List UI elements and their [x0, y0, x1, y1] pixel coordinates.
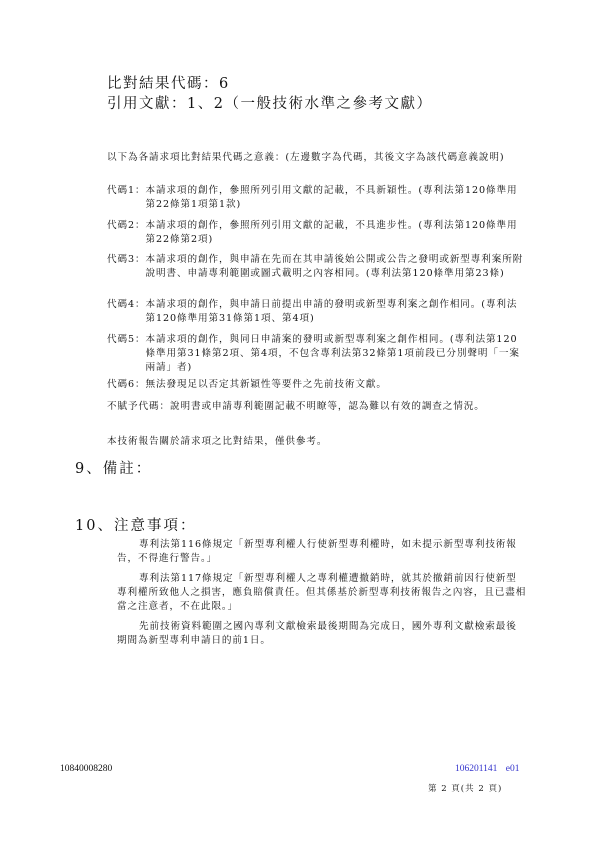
note-article-116: 專利法第116條規定「新型專利權人行使新型專利權時，如未提示新型專利技術報告，不…: [117, 538, 527, 566]
code-row-2: 代碼2： 本請求項的創作，參照所列引用文獻的記載，不具進步性。(專利法第120條…: [107, 219, 527, 247]
code-description: 本請求項的創作，參照所列引用文獻的記載，不具新穎性。(專利法第120條準用第22…: [146, 184, 528, 212]
code-label: 代碼6：: [107, 378, 146, 392]
note-article-117: 專利法第117條規定「新型專利權人之專利權遭撤銷時，就其於撤銷前因行使新型專利權…: [117, 572, 527, 614]
code-row-1: 代碼1： 本請求項的創作，參照所列引用文獻的記載，不具新穎性。(專利法第120條…: [107, 184, 527, 212]
version-code: e01: [506, 764, 520, 774]
code-row-5: 代碼5： 本請求項的創作，與同日申請案的發明或新型專利案之創作相同。(專利法第1…: [107, 333, 527, 375]
code-row-4: 代碼4： 本請求項的創作，與申請日前提出申請的發明或新型專利案之創作相同。(專利…: [107, 298, 527, 326]
code-label: 不賦予代碼：: [107, 400, 170, 414]
section-9-heading: 9、備註：: [75, 457, 152, 478]
code-description: 本請求項的創作，參照所列引用文獻的記載，不具進步性。(專利法第120條準用第22…: [146, 219, 528, 247]
note-search-period: 先前技術資料範圍之國內專利文獻檢索最後期間為完成日，國外專利文獻檢索最後期間為新…: [117, 620, 527, 648]
application-reference: 106201141 e01: [455, 764, 520, 774]
document-number: 10840008280: [60, 764, 112, 774]
application-number: 106201141: [455, 764, 497, 774]
code-description: 本請求項的創作，與申請在先而在其申請後始公開或公告之發明或新型專利案所附說明書、…: [146, 253, 528, 281]
code-row-3: 代碼3： 本請求項的創作，與申請在先而在其申請後始公開或公告之發明或新型專利案所…: [107, 253, 527, 281]
code-description: 本請求項的創作，與同日申請案的發明或新型專利案之創作相同。(專利法第120條準用…: [146, 333, 528, 375]
code-description: 本請求項的創作，與申請日前提出申請的發明或新型專利案之創作相同。(專利法第120…: [146, 298, 528, 326]
code-row-6: 代碼6： 無法發現足以否定其新穎性等要件之先前技術文獻。: [107, 378, 527, 392]
code-label: 代碼5：: [107, 333, 146, 375]
code-label: 代碼2：: [107, 219, 146, 247]
code-label: 代碼1：: [107, 184, 146, 212]
cited-documents: 引用文獻：1、2（一般技術水準之參考文獻）: [107, 94, 432, 114]
codes-intro: 以下為各請求項比對結果代碼之意義：(左邊數字為代碼，其後文字為該代碼意義說明): [107, 151, 527, 165]
codes-closing-note: 本技術報告關於請求項之比對結果，僅供參考。: [107, 435, 527, 449]
code-description: 無法發現足以否定其新穎性等要件之先前技術文獻。: [146, 378, 528, 392]
section-10-heading: 10、注意事項：: [75, 514, 196, 535]
code-description: 說明書或申請專利範圍記載不明瞭等，認為難以有效的調查之情況。: [170, 400, 527, 414]
code-label: 代碼4：: [107, 298, 146, 326]
code-row-no-code: 不賦予代碼： 說明書或申請專利範圍記載不明瞭等，認為難以有效的調查之情況。: [107, 400, 527, 414]
comparison-result-code: 比對結果代碼：6: [107, 74, 230, 94]
page-indicator: 第 2 頁(共 2 頁): [428, 782, 502, 794]
code-label: 代碼3：: [107, 253, 146, 281]
